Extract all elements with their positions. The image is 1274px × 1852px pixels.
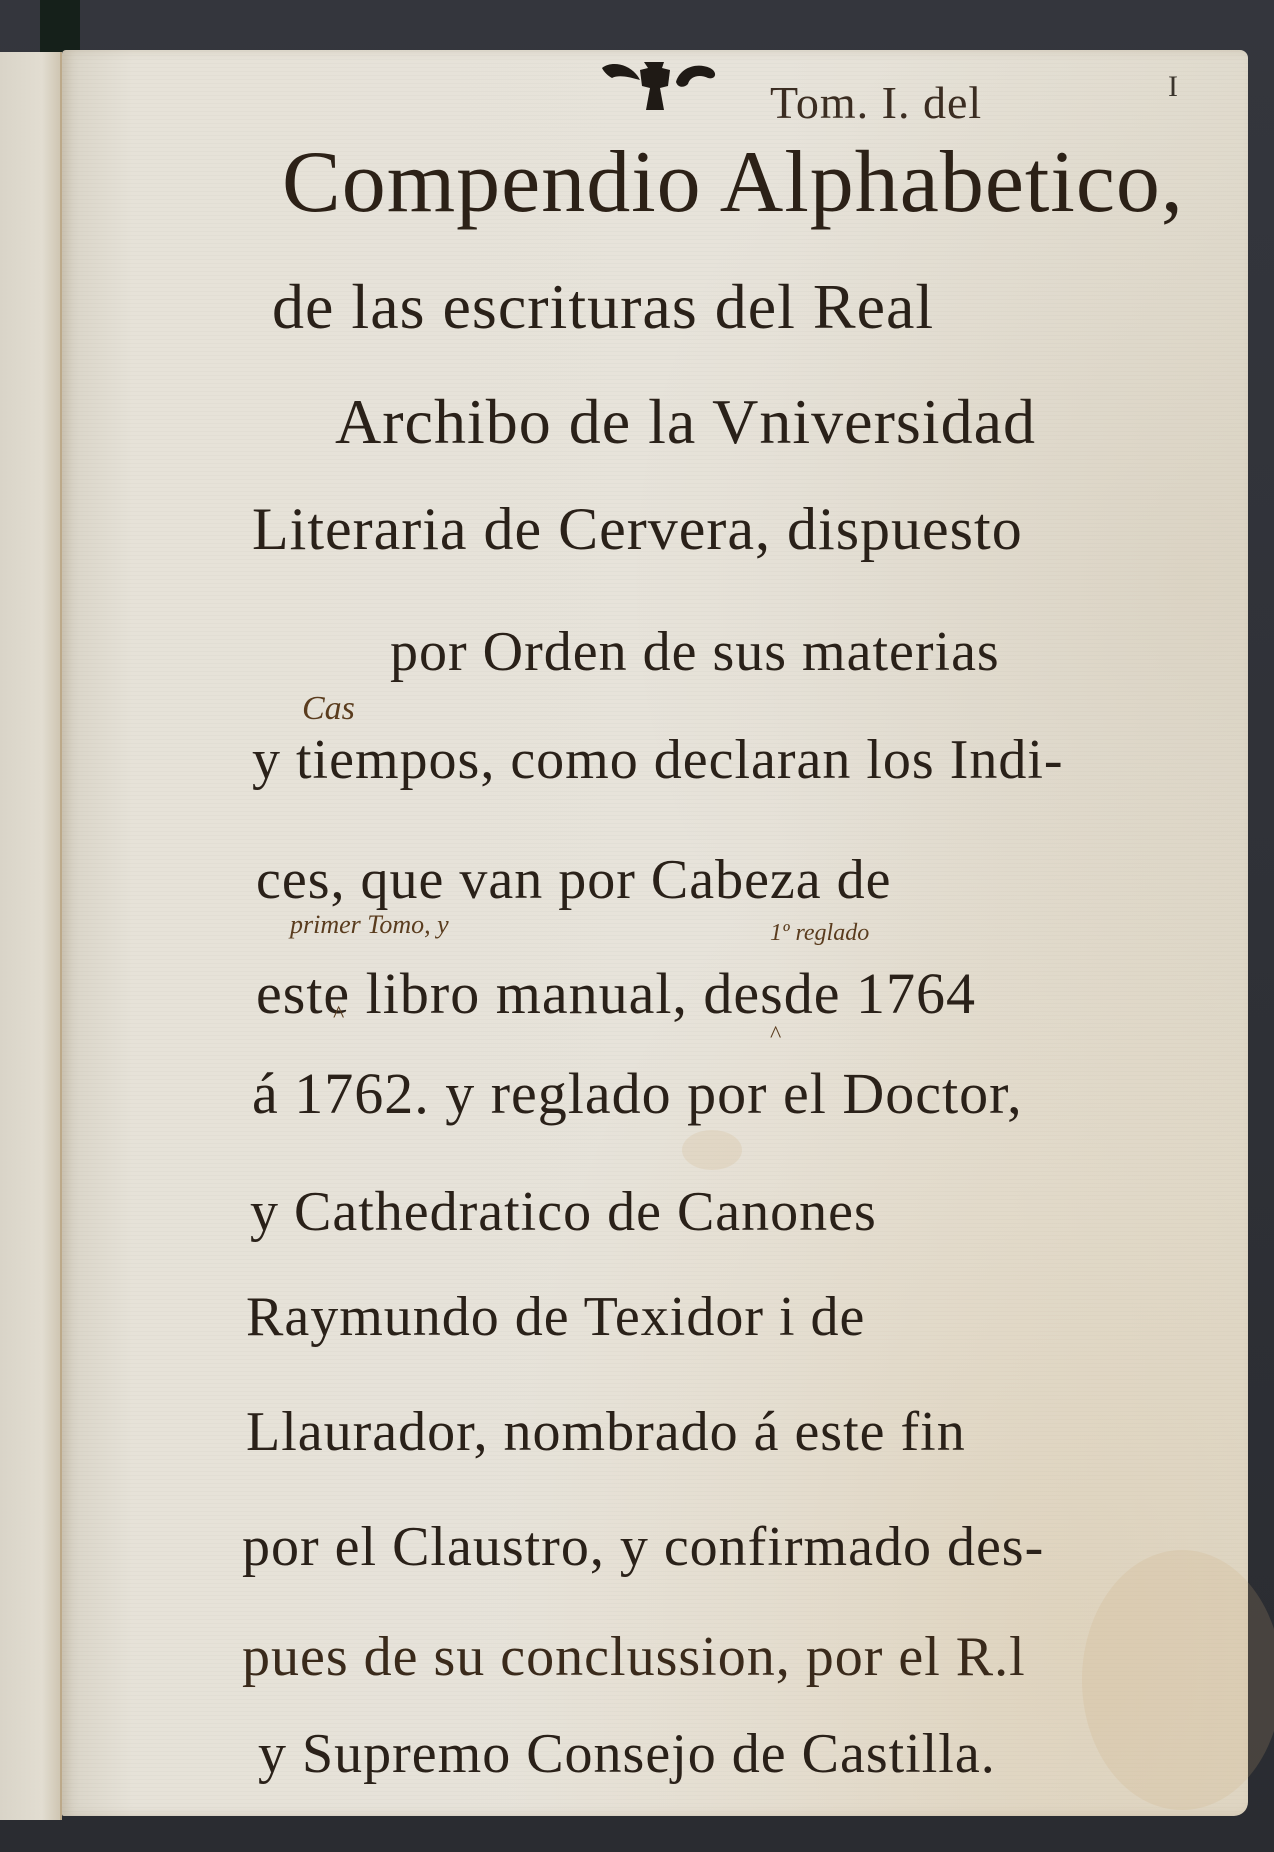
- title-line-7: ces, que van por Cabeza de: [256, 848, 892, 912]
- title-line-9: á 1762. y reglado por el Doctor,: [252, 1060, 1023, 1127]
- caret-insert-icon: ^: [770, 1022, 781, 1049]
- title-line-6: y tiempos, como declaran los Indi-: [252, 728, 1064, 792]
- interlinear-annotation: primer Tomo, y: [290, 910, 449, 940]
- paper-stain: [1082, 1550, 1274, 1810]
- manuscript-photo: Tom. I. del I Compendio Alphabetico, de …: [0, 0, 1274, 1852]
- title-line-12: Llaurador, nombrado á este fin: [246, 1400, 966, 1464]
- caret-insert-icon: ^: [333, 1002, 344, 1029]
- title-line-10: y Cathedratico de Canones: [250, 1180, 877, 1244]
- title-line-15: y Supremo Consejo de Castilla.: [258, 1722, 996, 1786]
- title-line-5: por Orden de sus materias: [390, 620, 1000, 684]
- interlinear-annotation: Cas: [302, 690, 355, 728]
- title-line-3: Archibo de la Vniversidad: [335, 385, 1036, 459]
- title-line-14: pues de su conclussion, por el R.l: [242, 1625, 1026, 1689]
- title-line-11: Raymundo de Texidor i de: [246, 1285, 865, 1349]
- volume-heading: Tom. I. del: [770, 76, 982, 129]
- interlinear-annotation: 1º reglado: [770, 920, 869, 947]
- facing-page-edge: [0, 52, 62, 1820]
- paper-stain: [682, 1130, 742, 1170]
- title-line-2: de las escrituras del Real: [272, 270, 934, 344]
- binding-shadow: [40, 0, 80, 52]
- fleuron-ornament-icon: [598, 58, 728, 124]
- title-line-1: Compendio Alphabetico,: [282, 132, 1184, 233]
- title-line-4: Literaria de Cervera, dispuesto: [252, 495, 1023, 564]
- title-line-8: este libro manual, desde 1764: [256, 960, 976, 1027]
- title-line-13: por el Claustro, y confirmado des-: [242, 1515, 1044, 1579]
- folio-number: I: [1168, 70, 1178, 104]
